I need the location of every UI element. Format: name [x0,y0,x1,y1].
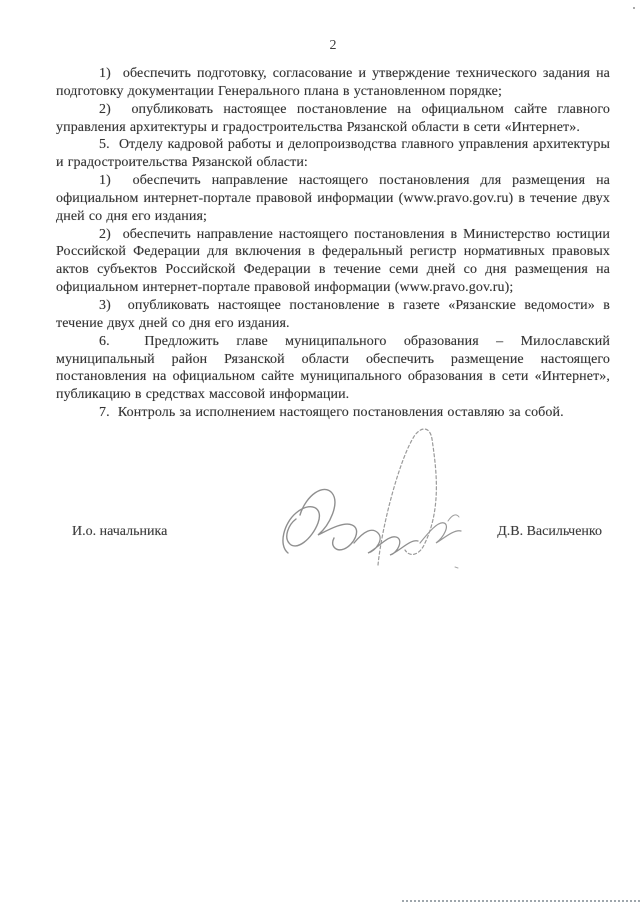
signature-block: И.о. начальника Д.В. Васильченко [56,524,610,540]
paragraph-5-2: 2) обеспечить направление настоящего пос… [56,226,610,297]
scan-artifact-line [402,900,640,902]
scan-artifact-dot [633,7,635,9]
paragraph-6: 6. Предложить главе муниципального образ… [56,333,610,404]
signer-name: Д.В. Васильченко [497,524,610,540]
paragraph-7: 7. Контроль за исполнением настоящего по… [56,404,610,422]
paragraph-4-1: 1) обеспечить подготовку, согласование и… [56,65,610,101]
paragraph-5-3: 3) опубликовать настоящее постановление … [56,297,610,333]
document-body: 1) обеспечить подготовку, согласование и… [56,65,610,422]
paragraph-4-2: 2) опубликовать настоящее постановление … [56,101,610,137]
document-page: 2 1) обеспечить подготовку, согласование… [0,0,640,905]
signer-role: И.о. начальника [56,524,167,540]
page-number: 2 [56,38,610,54]
paragraph-5-1: 1) обеспечить направление настоящего пос… [56,172,610,226]
paragraph-5: 5. Отделу кадровой работы и делопроизвод… [56,136,610,172]
handwritten-signature [270,425,470,590]
